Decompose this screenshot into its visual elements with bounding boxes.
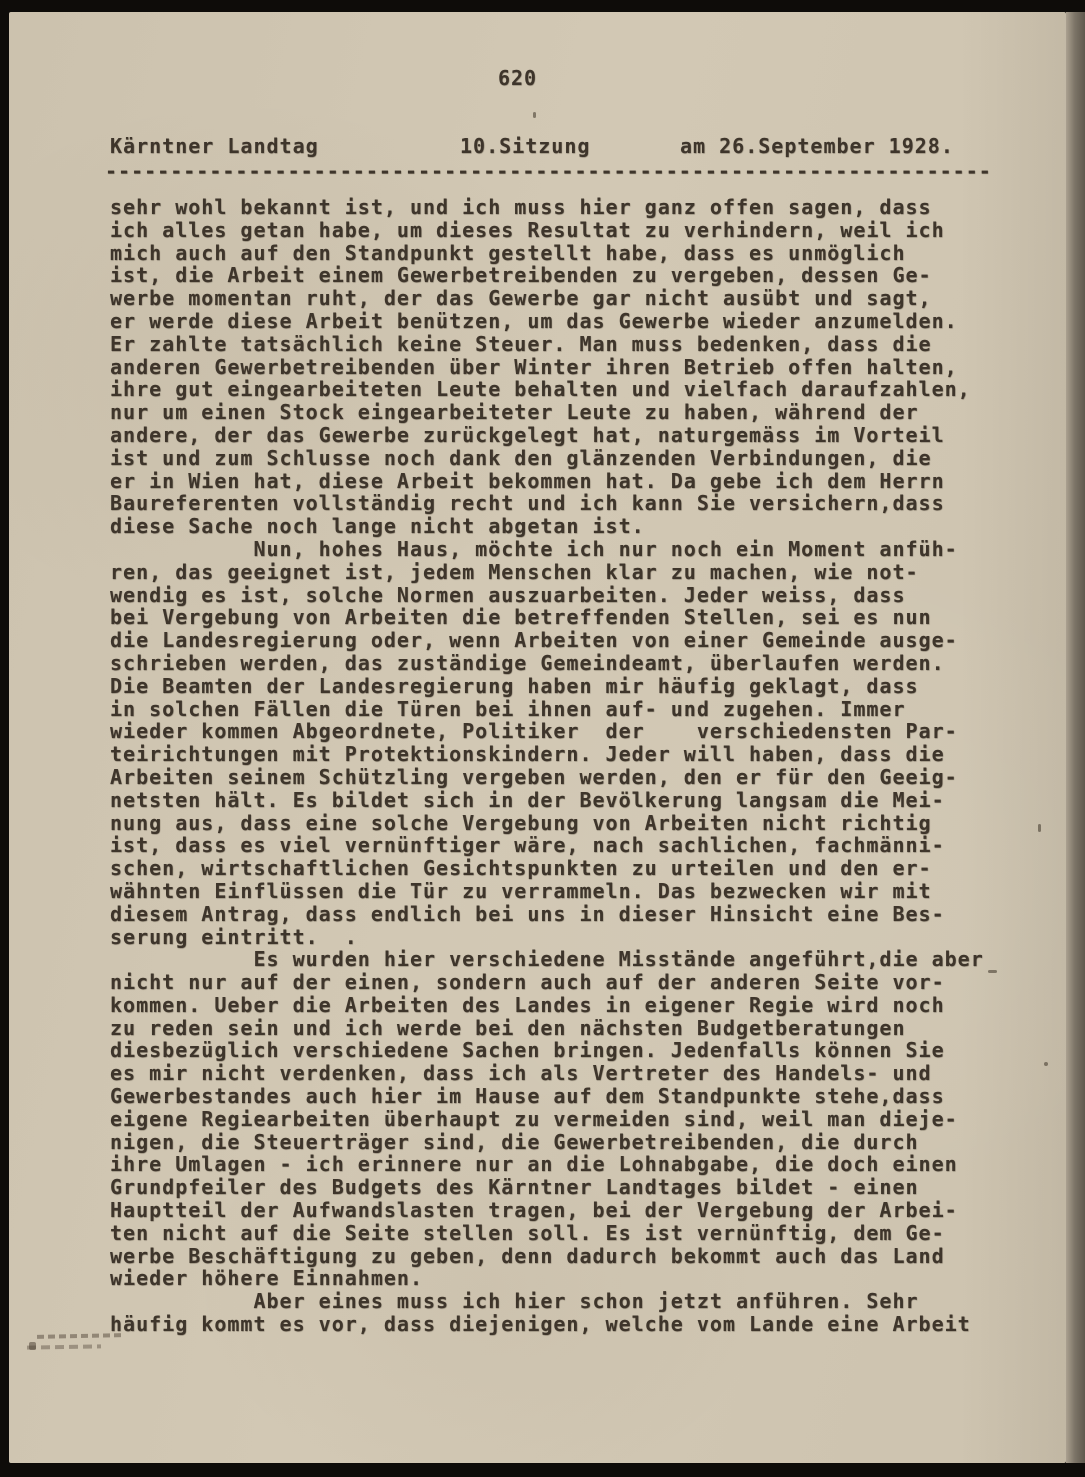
text-line: ihre gut eingearbeiteten Leute behalten … <box>110 378 1040 401</box>
text-line: schrieben werden, das zuständige Gemeind… <box>110 652 1040 675</box>
header-session: 10.Sitzung <box>460 134 590 158</box>
text-line: teirichtungen mit Protektionskindern. Je… <box>110 743 1040 766</box>
scan-speck <box>533 112 536 118</box>
text-line: ten nicht auf die Seite stellen soll. Es… <box>110 1222 1040 1245</box>
text-line: die Landesregierung oder, wenn Arbeiten … <box>110 629 1040 652</box>
book-page-edge <box>1066 12 1085 1463</box>
text-line: Baureferenten vollständig recht und ich … <box>110 492 1040 515</box>
text-line: ist und zum Schlusse noch dank den glänz… <box>110 447 1040 470</box>
text-line: er in Wien hat, diese Arbeit bekommen ha… <box>110 470 1040 493</box>
text-line: nur um einen Stock eingearbeiteter Leute… <box>110 401 1040 424</box>
header-divider: ----------------------------------------… <box>105 159 989 185</box>
text-line: es mir nicht verdenken, dass ich als Ver… <box>110 1062 1040 1085</box>
document-body: sehr wohl bekannt ist, und ich muss hier… <box>110 196 1040 1336</box>
text-line: serung eintritt. . <box>110 926 1040 949</box>
scan-speck <box>988 970 997 973</box>
smudge-streak <box>27 1344 101 1349</box>
text-line: Gewerbestandes auch hier im Hause auf de… <box>110 1085 1040 1108</box>
text-line: diesem Antrag, dass endlich bei uns in d… <box>110 903 1040 926</box>
text-line: werbe momentan ruht, der das Gewerbe gar… <box>110 287 1040 310</box>
smudge-blob <box>29 1342 36 1350</box>
text-line: diesbezüglich verschiedene Sachen bringe… <box>110 1039 1040 1062</box>
scanned-page: 620 Kärntner Landtag 10.Sitzung am 26.Se… <box>9 12 1066 1463</box>
text-line: ich alles getan habe, um dieses Resultat… <box>110 219 1040 242</box>
text-line: Grundpfeiler des Budgets des Kärntner La… <box>110 1176 1040 1199</box>
text-line: nigen, die Steuerträger sind, die Gewerb… <box>110 1131 1040 1154</box>
text-line: eigene Regiearbeiten überhaupt zu vermei… <box>110 1108 1040 1131</box>
text-line: ren, das geeignet ist, jedem Menschen kl… <box>110 561 1040 584</box>
typewriter-smudge-mark <box>27 1330 137 1360</box>
text-line: Aber eines muss ich hier schon jetzt anf… <box>110 1290 1040 1313</box>
text-line: er werde diese Arbeit benützen, um das G… <box>110 310 1040 333</box>
text-line: ihre Umlagen - ich erinnere nur an die L… <box>110 1153 1040 1176</box>
text-line: nicht nur auf der einen, sondern auch au… <box>110 971 1040 994</box>
text-line: häufig kommt es vor, dass diejenigen, we… <box>110 1313 1040 1336</box>
text-line: wendig es ist, solche Normen auszuarbeit… <box>110 584 1040 607</box>
text-line: Die Beamten der Landesregierung haben mi… <box>110 675 1040 698</box>
text-line: nung aus, dass eine solche Vergebung von… <box>110 812 1040 835</box>
text-line: Er zahlte tatsächlich keine Steuer. Man … <box>110 333 1040 356</box>
scan-speck <box>1038 824 1041 832</box>
page-number: 620 <box>9 66 1026 90</box>
smudge-streak <box>37 1333 123 1339</box>
text-line: werbe Beschäftigung zu geben, denn dadur… <box>110 1245 1040 1268</box>
text-line: wähnten Einflüssen die Tür zu verrammeln… <box>110 880 1040 903</box>
text-line: schen, wirtschaftlichen Gesichtspunkten … <box>110 857 1040 880</box>
text-line: netsten hält. Es bildet sich in der Bevö… <box>110 789 1040 812</box>
text-line: zu reden sein und ich werde bei den näch… <box>110 1017 1040 1040</box>
text-line: Hauptteil der Aufwandslasten tragen, bei… <box>110 1199 1040 1222</box>
text-line: sehr wohl bekannt ist, und ich muss hier… <box>110 196 1040 219</box>
text-line: ist, dass es viel vernünftiger wäre, nac… <box>110 834 1040 857</box>
scan-background: { "colors": { "paper": "#cfc5b1", "ink":… <box>0 0 1085 1477</box>
header-date: am 26.September 1928. <box>680 134 954 158</box>
text-line: wieder kommen Abgeordnete, Politiker der… <box>110 720 1040 743</box>
text-line: Arbeiten seinem Schützling vergeben werd… <box>110 766 1040 789</box>
text-line: Nun, hohes Haus, möchte ich nur noch ein… <box>110 538 1040 561</box>
text-line: diese Sache noch lange nicht abgetan ist… <box>110 515 1040 538</box>
text-line: kommen. Ueber die Arbeiten des Landes in… <box>110 994 1040 1017</box>
text-line: bei Vergebung von Arbeiten die betreffen… <box>110 606 1040 629</box>
text-line: mich auch auf den Standpunkt gestellt ha… <box>110 242 1040 265</box>
text-line: in solchen Fällen die Türen bei ihnen au… <box>110 698 1040 721</box>
text-line: Es wurden hier verschiedene Misstände an… <box>110 948 1040 971</box>
scan-speck <box>1044 1062 1048 1066</box>
text-line: andere, der das Gewerbe zurückgelegt hat… <box>110 424 1040 447</box>
text-line: anderen Gewerbetreibenden über Winter ih… <box>110 356 1040 379</box>
text-line: ist, die Arbeit einem Gewerbetreibenden … <box>110 264 1040 287</box>
header-institution: Kärntner Landtag <box>110 134 319 158</box>
text-line: wieder höhere Einnahmen. <box>110 1267 1040 1290</box>
